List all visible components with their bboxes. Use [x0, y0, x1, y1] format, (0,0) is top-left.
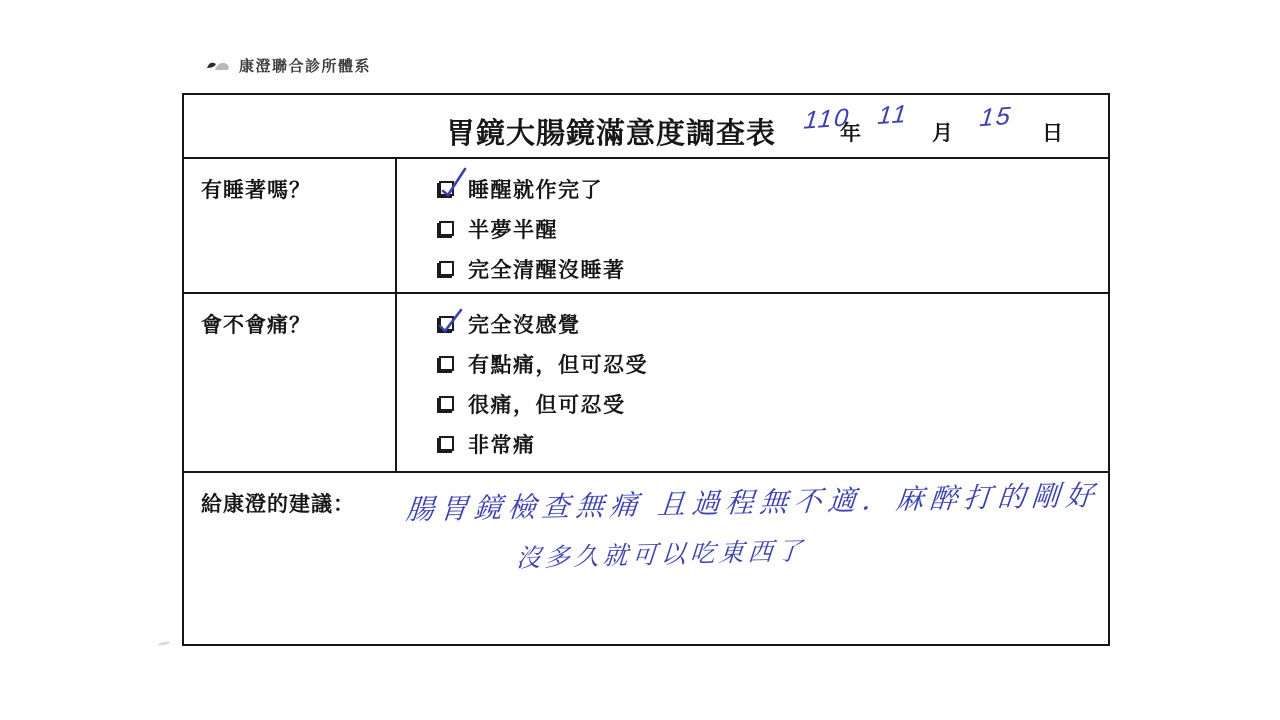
- checkbox-wrap: [437, 356, 453, 372]
- checkbox-wrap: [437, 221, 453, 237]
- date-day-label: 日: [1042, 117, 1063, 147]
- form-header-row: 胃鏡大腸鏡滿意度調查表 110 年 11 月 15 日: [184, 95, 1108, 159]
- checkbox: [439, 356, 454, 371]
- suggestion-row: 給康澄的建議： 腸胃鏡檢查無痛 且過程無不適．麻醉打的剛好 沒多久就可以吃東西了: [184, 473, 1108, 641]
- option-label: 很痛，但可忍受: [468, 389, 626, 419]
- date-month-label: 月: [932, 117, 953, 147]
- question-text: 有睡著嗎？: [201, 179, 311, 202]
- option-label: 非常痛: [468, 429, 536, 459]
- checkbox: [439, 221, 454, 236]
- option-row: 很痛，但可忍受: [437, 384, 1108, 424]
- option-row: 完全沒感覺: [437, 304, 1108, 344]
- handwritten-suggestion-line-2: 沒多久就可以吃東西了: [515, 531, 808, 575]
- option-row: 有點痛，但可忍受: [437, 344, 1108, 384]
- option-label: 有點痛，但可忍受: [468, 349, 648, 379]
- question-text: 會不會痛？: [201, 314, 311, 337]
- clinic-logo-text: 康澄聯合診所體系: [239, 55, 371, 76]
- clinic-logo: 康澄聯合診所體系: [206, 55, 371, 76]
- question-cell: 會不會痛？: [184, 294, 397, 471]
- option-row: 半夢半醒: [437, 209, 1108, 249]
- checkbox: [439, 396, 454, 411]
- checkbox-wrap: [437, 396, 453, 412]
- clinic-logo-icon: [206, 58, 232, 74]
- date-day-handwritten: 15: [978, 102, 1013, 133]
- options-cell: 完全沒感覺 有點痛，但可忍受 很痛，但可忍受: [397, 294, 1108, 471]
- question-cell: 有睡著嗎？: [184, 159, 397, 292]
- question-text: 給康澄的建議：: [201, 493, 355, 516]
- question-row-sleep: 有睡著嗎？ 睡醒就作完了 半夢半醒: [184, 159, 1108, 294]
- checkbox: [439, 181, 454, 196]
- checkbox-wrap: [437, 316, 453, 332]
- checkbox-wrap: [437, 261, 453, 277]
- question-cell: 給康澄的建議：: [184, 473, 397, 641]
- form-title: 胃鏡大腸鏡滿意度調查表: [446, 111, 776, 152]
- checkbox: [439, 261, 454, 276]
- handwritten-suggestion-line-1: 腸胃鏡檢查無痛 且過程無不適．麻醉打的剛好: [404, 474, 1101, 529]
- options-cell: 睡醒就作完了 半夢半醒 完全清醒沒睡著: [397, 159, 1108, 292]
- date-month-handwritten: 11: [876, 100, 909, 131]
- option-row: 完全清醒沒睡著: [437, 249, 1108, 289]
- question-row-pain: 會不會痛？ 完全沒感覺 有點痛，但可忍受: [184, 294, 1108, 473]
- option-label: 完全沒感覺: [468, 309, 581, 339]
- checkbox: [439, 436, 454, 451]
- checkbox-wrap: [437, 436, 453, 452]
- survey-form-table: 胃鏡大腸鏡滿意度調查表 110 年 11 月 15 日 有睡著嗎？: [182, 93, 1110, 646]
- scan-speck: [158, 641, 170, 646]
- date-year-label: 年: [840, 117, 861, 147]
- option-row: 睡醒就作完了: [437, 169, 1108, 209]
- scanned-survey-page: 康澄聯合診所體系 胃鏡大腸鏡滿意度調查表 110 年 11 月 15 日 有睡著…: [0, 0, 1280, 720]
- checkbox: [439, 316, 454, 331]
- option-row: 非常痛: [437, 424, 1108, 464]
- option-label: 完全清醒沒睡著: [468, 254, 626, 284]
- option-label: 睡醒就作完了: [468, 174, 603, 204]
- checkbox-wrap: [437, 181, 453, 197]
- option-label: 半夢半醒: [468, 214, 558, 244]
